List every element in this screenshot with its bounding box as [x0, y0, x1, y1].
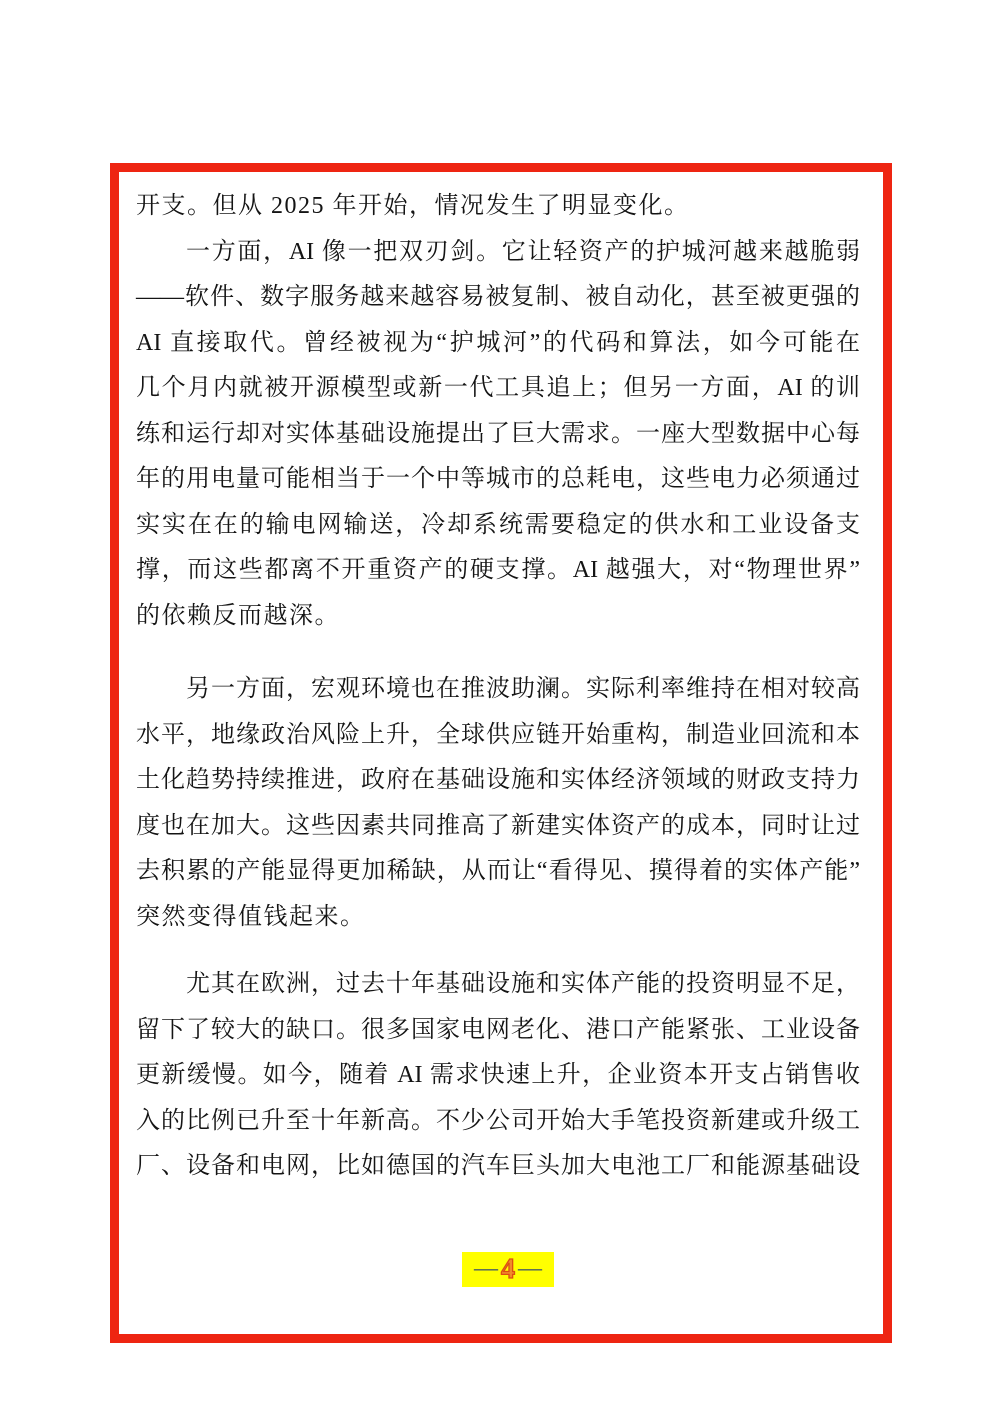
paragraph-continuation: 开支。但从 2025 年开始，情况发生了明显变化。	[136, 184, 860, 230]
text-line: 更新缓慢。如今，随着 AI 需求快速上升，企业资本开支占销售收	[136, 1053, 860, 1099]
text-line: 厂、设备和电网，比如德国的汽车巨头加大电池工厂和能源基础设	[136, 1144, 860, 1190]
footer-dash-left: —	[474, 1256, 498, 1284]
text-line: 去积累的产能显得更加稀缺，从而让“看得见、摸得着的实体产能”	[136, 849, 860, 895]
text-line: 度也在加大。这些因素共同推高了新建实体资产的成本，同时让过	[136, 804, 860, 850]
text-line: 另一方面，宏观环境也在推波助澜。实际利率维持在相对较高	[136, 667, 860, 713]
text-line: 一方面，AI 像一把双刃剑。它让轻资产的护城河越来越脆弱	[136, 230, 860, 276]
page-number: 4	[501, 1252, 515, 1287]
page-number-footer: — 4 —	[462, 1252, 554, 1287]
text-line: AI 直接取代。曾经被视为“护城河”的代码和算法，如今可能在	[136, 321, 860, 367]
text-line: 练和运行却对实体基础设施提出了巨大需求。一座大型数据中心每	[136, 412, 860, 458]
text-line: ——软件、数字服务越来越容易被复制、被自动化，甚至被更强的	[136, 275, 860, 321]
text-line: 实实在在的输电网输送，冷却系统需要稳定的供水和工业设备支	[136, 503, 860, 549]
text-line: 年的用电量可能相当于一个中等城市的总耗电，这些电力必须通过	[136, 457, 860, 503]
paragraph: 另一方面，宏观环境也在推波助澜。实际利率维持在相对较高 水平，地缘政治风险上升，…	[136, 667, 860, 940]
text-line: 尤其在欧洲，过去十年基础设施和实体产能的投资明显不足，	[136, 962, 860, 1008]
paragraph: 一方面，AI 像一把双刃剑。它让轻资产的护城河越来越脆弱 ——软件、数字服务越来…	[136, 230, 860, 640]
text-line: 开支。但从 2025 年开始，情况发生了明显变化。	[136, 184, 860, 230]
text-line: 几个月内就被开源模型或新一代工具追上；但另一方面，AI 的训	[136, 366, 860, 412]
text-content: 开支。但从 2025 年开始，情况发生了明显变化。 一方面，AI 像一把双刃剑。…	[136, 184, 860, 1190]
text-line: 水平，地缘政治风险上升，全球供应链开始重构，制造业回流和本	[136, 713, 860, 759]
text-line: 入的比例已升至十年新高。不少公司开始大手笔投资新建或升级工	[136, 1099, 860, 1145]
text-line: 撑，而这些都离不开重资产的硬支撑。AI 越强大，对“物理世界”	[136, 548, 860, 594]
text-line: 留下了较大的缺口。很多国家电网老化、港口产能紧张、工业设备	[136, 1008, 860, 1054]
document-page: { "colors": { "border_red": "#ee2512", "…	[0, 0, 1000, 1414]
paragraph: 尤其在欧洲，过去十年基础设施和实体产能的投资明显不足， 留下了较大的缺口。很多国…	[136, 962, 860, 1190]
footer-dash-right: —	[518, 1256, 542, 1284]
text-line: 土化趋势持续推进，政府在基础设施和实体经济领域的财政支持力	[136, 758, 860, 804]
text-line: 突然变得值钱起来。	[136, 895, 860, 941]
text-line: 的依赖反而越深。	[136, 594, 860, 640]
